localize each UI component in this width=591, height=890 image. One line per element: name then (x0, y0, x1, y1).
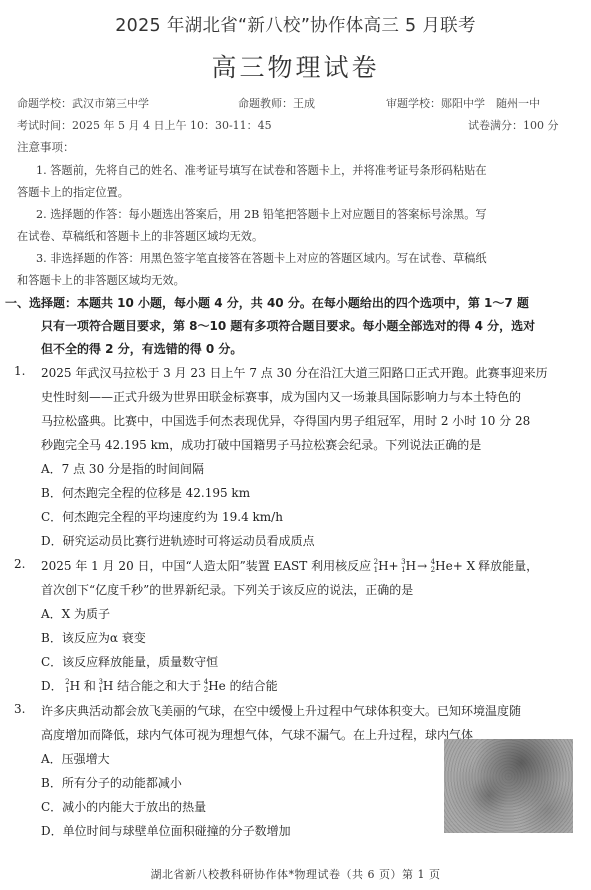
note-3-line2: 和答题卡上的非答题区域均无效。 (17, 272, 185, 288)
section1-line1: 一、选择题：本题共 10 小题，每小题 4 分，共 40 分。在每小题给出的四个… (5, 294, 529, 311)
full-score: 试卷满分：100 分 (468, 117, 559, 133)
question-2-option-b: B．该反应为α 衰变 (41, 629, 146, 646)
balloons-photo (444, 739, 573, 833)
helium-indices-d: 42 (201, 680, 208, 694)
note-3-line1: 3. 非选择题的作答：用黑色签字笔直接答在答题卡上对应的答题区域内。写在试卷、草… (36, 250, 487, 266)
question-1-option-b: B．何杰跑完全程的位移是 42.195 km (41, 484, 250, 501)
question-3-option-a: A．压强增大 (41, 750, 110, 767)
reaction-tail: + X (453, 559, 475, 573)
note-1-line2: 答题卡上的指定位置。 (17, 184, 129, 200)
reviewer-school: 审题学校：郧阳中学 随州一中 (386, 95, 540, 111)
section1-line2: 只有一项符合题目要求，第 8～10 题有多项符合题目要求。每小题全部选对的得 4… (41, 317, 535, 334)
section1-line3: 但不全的得 2 分，有选错的得 0 分。 (41, 340, 242, 357)
question-1-line3: 马拉松盛典。比赛中，中国选手何杰表现优异，夺得国内男子组冠军，用时 2 小时 1… (41, 412, 530, 429)
question-1-line1: 2025 年武汉马拉松于 3 月 23 日上午 7 点 30 分在沿江大道三阳路… (41, 364, 548, 381)
note-2-line2: 在试卷、草稿纸和答题卡上的非答题区域均无效。 (17, 228, 263, 244)
reaction-arrow: → (417, 559, 427, 573)
question-1-line2: 史性时刻——正式升级为世界田联金标赛事，成为国内又一场兼具国际影响力与本土特色的 (41, 388, 521, 405)
notes-heading: 注意事项： (17, 139, 75, 155)
note-2-line1: 2. 选择题的作答：每小题选出答案后，用 2B 铅笔把答题卡上对应题目的答案标号… (36, 206, 487, 222)
deuterium-symbol: H (378, 559, 388, 573)
question-3-option-d: D．单位时间与球壁单位面积碰撞的分子数增加 (41, 822, 291, 839)
question-2-option-c: C．该反应释放能量，质量数守恒 (41, 653, 218, 670)
proposer-teacher: 命题教师：王成 (238, 95, 315, 111)
question-3-line2: 高度增加而降低，球内气体可视为理想气体，气球不漏气。在上升过程，球内气体 (41, 726, 473, 743)
tritium-indices: 31 (399, 560, 406, 574)
deuterium-indices-d: 21 (63, 680, 70, 694)
deuterium-indices: 21 (371, 560, 378, 574)
question-2-number: 2. (14, 557, 25, 571)
question-2-line1: 2025 年 1 月 20 日，中国“人造太阳”装置 EAST 利用核反应21H… (41, 557, 538, 574)
tritium-symbol: H (406, 559, 416, 573)
exam-subtitle: 高三物理试卷 (0, 48, 591, 84)
question-2-option-a: A．X 为质子 (41, 605, 110, 622)
question-1-option-c: C．何杰跑完全程的平均速度约为 19.4 km/h (41, 508, 283, 525)
question-1-option-a: A．7 点 30 分是指的时间间隔 (41, 460, 204, 477)
exam-time: 考试时间：2025 年 5 月 4 日上午 10：30-11：45 (17, 117, 272, 133)
question-1-line4: 秒跑完全马 42.195 km，成功打破中国籍男子马拉松赛会纪录。下列说法正确的… (41, 436, 481, 453)
question-3-line1: 许多庆典活动都会放飞美丽的气球，在空中缓慢上升过程中气球体积变大。已知环境温度随 (41, 702, 521, 719)
question-3-number: 3. (14, 702, 25, 716)
question-2-option-d: D．21H 和31H 结合能之和大于42He 的结合能 (41, 677, 278, 694)
question-2-line2: 首次创下“亿度千秒”的世界新纪录。下列关于该反应的说法，正确的是 (41, 581, 413, 598)
helium-indices: 42 (428, 560, 435, 574)
question-3-option-b: B．所有分子的动能都减小 (41, 774, 182, 791)
exam-title: 2025 年湖北省“新八校”协作体高三 5 月联考 (0, 12, 591, 37)
question-2-prefix: 2025 年 1 月 20 日，中国“人造太阳”装置 EAST 利用核反应 (41, 559, 371, 573)
page-footer: 湖北省新八校教科研协作体*物理试卷（共 6 页）第 1 页 (0, 866, 591, 882)
question-1-option-d: D．研究运动员比赛行进轨迹时可将运动员看成质点 (41, 532, 315, 549)
proposer-school: 命题学校：武汉市第三中学 (17, 95, 149, 111)
question-1-number: 1. (14, 364, 25, 378)
tritium-indices-d: 31 (96, 680, 103, 694)
helium-symbol: He (435, 559, 453, 573)
note-1-line1: 1. 答题前，先将自己的姓名、准考证号填写在试卷和答题卡上，并将准考证号条形码粘… (36, 162, 487, 178)
question-3-option-c: C．减小的内能大于放出的热量 (41, 798, 206, 815)
plus-sign: + (389, 559, 399, 573)
question-2-suffix: 释放能量， (478, 559, 538, 573)
